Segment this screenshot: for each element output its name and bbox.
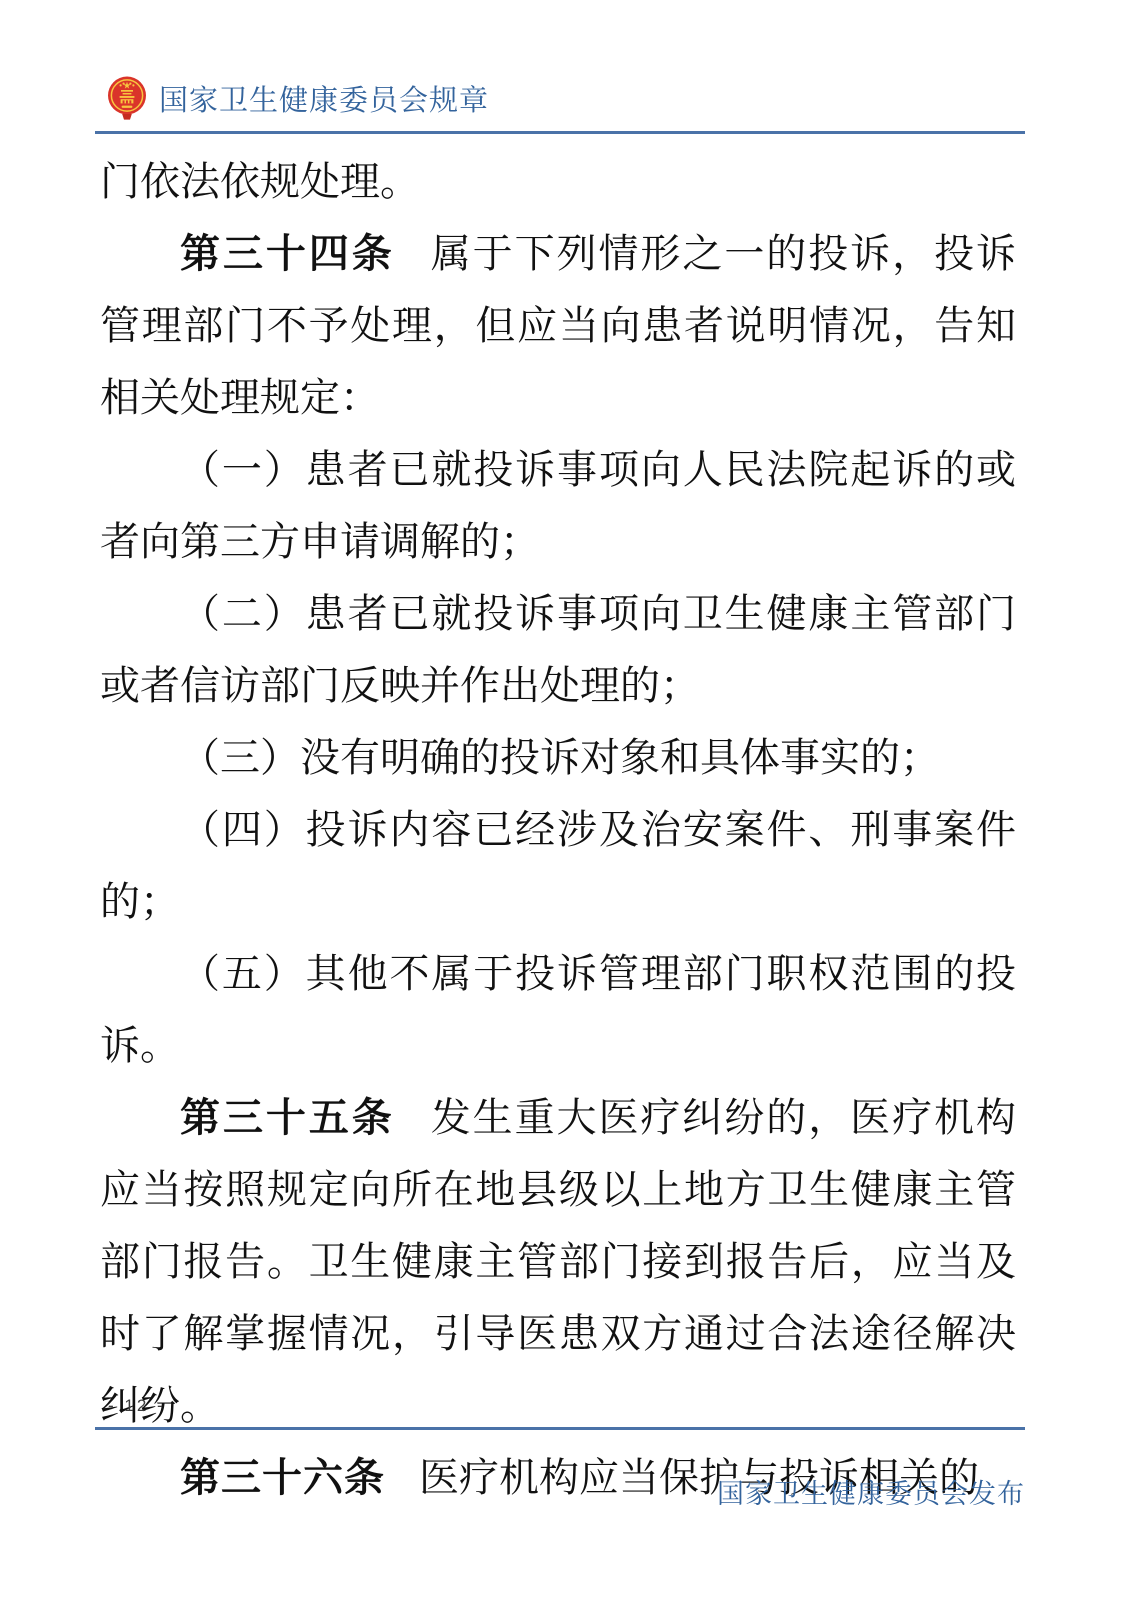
page-number: - 12 - — [108, 1396, 166, 1416]
document-page: 国家卫生健康委员会规章 门依法依规处理。第三十四条属于下列情形之一的投诉，投诉管… — [0, 0, 1132, 1600]
paragraph: （五）其他不属于投诉管理部门职权范围的投诉。 — [100, 938, 1016, 1082]
paragraph: （一）患者已就投诉事项向人民法院起诉的或者向第三方申请调解的； — [100, 434, 1016, 578]
paragraph-text: （一）患者已就投诉事项向人民法院起诉的或者向第三方申请调解的； — [100, 447, 1016, 564]
paragraph-text: （三）没有明确的投诉对象和具体事实的； — [180, 735, 940, 780]
paragraph-text: 发生重大医疗纠纷的，医疗机构应当按照规定向所在地县级以上地方卫生健康主管部门报告… — [100, 1095, 1016, 1428]
paragraph-text: （五）其他不属于投诉管理部门职权范围的投诉。 — [100, 951, 1016, 1068]
paragraph: （四）投诉内容已经涉及治安案件、刑事案件的； — [100, 794, 1016, 938]
article-paragraph: 第三十五条发生重大医疗纠纷的，医疗机构应当按照规定向所在地县级以上地方卫生健康主… — [100, 1082, 1016, 1442]
paragraph: 门依法依规处理。 — [100, 146, 1016, 218]
article-number: 第三十六条 — [180, 1456, 385, 1500]
article-paragraph: 第三十四条属于下列情形之一的投诉，投诉管理部门不予处理，但应当向患者说明情况，告… — [100, 218, 1016, 434]
article-number: 第三十五条 — [180, 1096, 395, 1140]
page-header: 国家卫生健康委员会规章 — [106, 74, 489, 122]
paragraph-text: （二）患者已就投诉事项向卫生健康主管部门或者信访部门反映并作出处理的； — [100, 591, 1016, 708]
paragraph: （三）没有明确的投诉对象和具体事实的； — [100, 722, 1016, 794]
article-number: 第三十四条 — [180, 232, 395, 276]
national-emblem-icon — [106, 75, 148, 121]
paragraph: （二）患者已就投诉事项向卫生健康主管部门或者信访部门反映并作出处理的； — [100, 578, 1016, 722]
header-divider — [95, 131, 1025, 134]
header-title: 国家卫生健康委员会规章 — [159, 78, 489, 119]
paragraph-text: 门依法依规处理。 — [100, 159, 420, 204]
document-body: 门依法依规处理。第三十四条属于下列情形之一的投诉，投诉管理部门不予处理，但应当向… — [100, 146, 1016, 1514]
footer-divider — [95, 1427, 1025, 1430]
publisher-text: 国家卫生健康委员会发布 — [717, 1472, 1025, 1511]
paragraph-text: （四）投诉内容已经涉及治安案件、刑事案件的； — [100, 807, 1016, 924]
